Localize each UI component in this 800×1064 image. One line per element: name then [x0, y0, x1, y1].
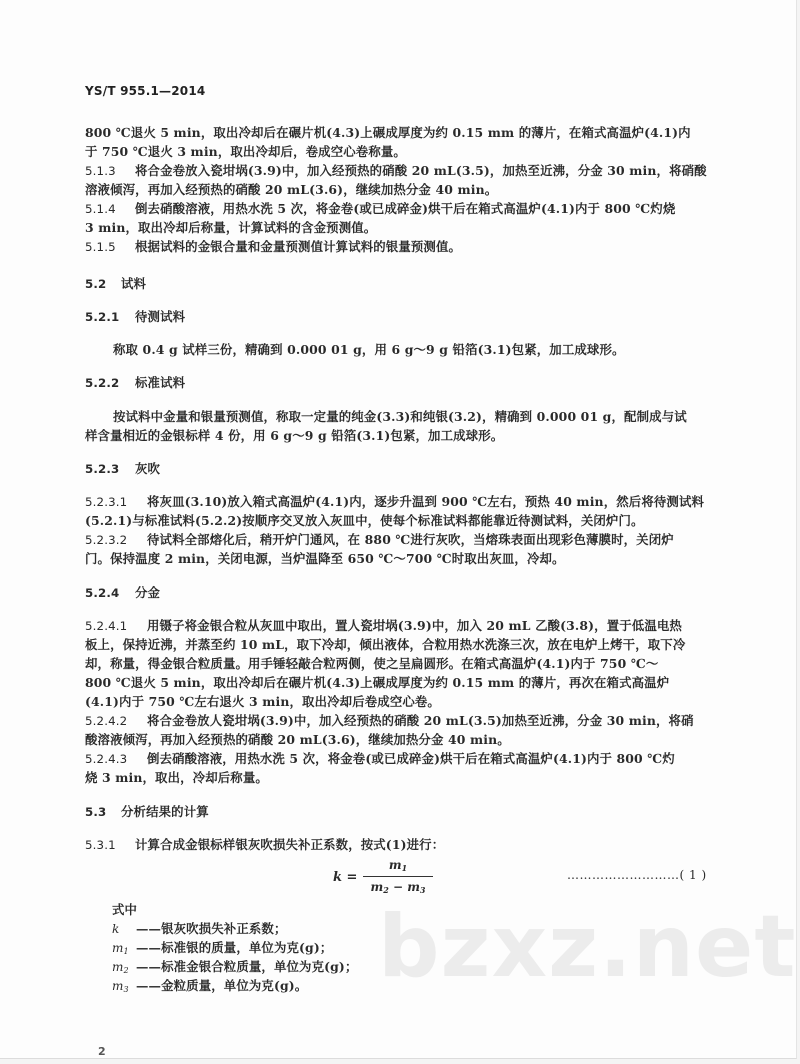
clause-5-2-3-2: 5.2.3.2待试料全部熔化后，稍开炉门通风，在 880 ℃进行灰吹，当熔珠表面… [85, 533, 674, 547]
clause-number: 5.2.4.3 [85, 752, 147, 766]
definition-text: ——标准银的质量，单位为克(g)； [136, 940, 332, 955]
formula-denominator: m2 − m3 [363, 880, 433, 895]
fraction-bar [363, 876, 433, 877]
section-heading-5-2-3: 5.2.3灰吹 [85, 462, 160, 476]
watermark: bzxz.net [378, 904, 796, 990]
clause-text: 将合金卷放人瓷坩埚(3.9)中，加入经预热的硝酸 20 mL(3.5)加热至近沸… [147, 713, 694, 728]
var: m [407, 880, 420, 894]
equation-number: ………………………( 1 ) [567, 868, 707, 882]
var: m [371, 880, 384, 894]
clause-number: 5.2.3.2 [85, 533, 147, 547]
clause-text: 待试料全部熔化后，稍开炉门通风，在 880 ℃进行灰吹，当熔珠表面出现彩色薄膜时… [147, 532, 674, 547]
section-heading-5-2: 5.2试料 [85, 277, 146, 291]
definition-text: ——标准金银合粒质量，单位为克(g)； [136, 959, 358, 974]
clause-number: 5.1.4 [85, 202, 135, 216]
var: m [112, 979, 124, 993]
section-title: 标准试料 [135, 375, 185, 390]
subscript: 1 [402, 863, 408, 873]
page-number: 2 [98, 1045, 106, 1058]
clause-5-2-4-2: 5.2.4.2将合金卷放人瓷坩埚(3.9)中，加入经预热的硝酸 20 mL(3.… [85, 714, 694, 728]
clause-number: 5.1.5 [85, 240, 135, 254]
paragraph-line: 800 ℃退火 5 min，取出冷却后在碾片机(4.3)上碾成厚度为约 0.15… [85, 676, 669, 690]
var: m [112, 941, 124, 955]
definition-item: m1——标准银的质量，单位为克(g)； [112, 941, 332, 959]
clause-5-2-3-1: 5.2.3.1将灰皿(3.10)放入箱式高温炉(4.1)内，逐步升温到 900 … [85, 495, 704, 509]
paragraph-line: 门。保持温度 2 min，关闭电源，当炉温降至 650 ℃～700 ℃时取出灰皿… [85, 552, 565, 566]
section-title: 待测试料 [135, 309, 185, 324]
clause-number: 5.2.3.1 [85, 495, 147, 509]
paragraph-line: 却，称量，得金银合粒质量。用手锤轻敲合粒两侧，使之呈扁圆形。在箱式高温炉(4.1… [85, 657, 658, 671]
subscript: 3 [124, 985, 129, 994]
section-number: 5.3 [85, 805, 121, 819]
clause-number: 5.3.1 [85, 838, 135, 852]
section-heading-5-2-1: 5.2.1待测试料 [85, 310, 185, 324]
clause-number: 5.2.4.2 [85, 714, 147, 728]
clause-5-1-5: 5.1.5根据试料的金银合量和金量预测值计算试料的银量预测值。 [85, 240, 461, 254]
section-number: 5.2.3 [85, 462, 135, 476]
subscript: 2 [124, 966, 129, 975]
subscript: 1 [124, 947, 129, 956]
section-heading-5-2-2: 5.2.2标准试料 [85, 376, 185, 390]
definition-item: m2——标准金银合粒质量，单位为克(g)； [112, 960, 358, 978]
definition-text: ——金粒质量，单位为克(g)。 [136, 978, 307, 993]
paragraph-line: 于 750 ℃退火 3 min，取出冷却后，卷成空心卷称量。 [85, 145, 406, 159]
formula-lhs: k = [333, 870, 357, 885]
standard-code-header: YS/T 955.1—2014 [85, 84, 205, 98]
document-page: bzxz.net YS/T 955.1—2014 800 ℃退火 5 min，取… [0, 0, 797, 1059]
definition-symbol: m1 [112, 941, 136, 959]
paragraph-line: (4.1)内于 750 ℃左右退火 3 min，取出冷却后卷成空心卷。 [85, 695, 440, 709]
section-number: 5.2.1 [85, 310, 135, 324]
definition-symbol: k [112, 922, 136, 940]
operator: − [389, 880, 407, 894]
section-number: 5.2 [85, 277, 121, 291]
where-label: 式中 [112, 903, 137, 917]
definition-item: m3——金粒质量，单位为克(g)。 [112, 979, 307, 997]
section-title: 分金 [135, 585, 160, 600]
definition-text: ——银灰吹损失补正系数； [136, 921, 287, 936]
clause-text: 根据试料的金银合量和金量预测值计算试料的银量预测值。 [135, 239, 461, 254]
clause-5-2-4-3: 5.2.4.3倒去硝酸溶液，用热水洗 5 次，将金卷(或已成碎金)烘干后在箱式高… [85, 752, 675, 766]
var: k [112, 922, 119, 936]
paragraph-line: 称取 0.4 g 试样三份，精确到 0.000 01 g，用 6 g～9 g 铅… [113, 343, 625, 357]
paragraph-line: 800 ℃退火 5 min，取出冷却后在碾片机(4.3)上碾成厚度为约 0.15… [85, 126, 691, 140]
section-title: 灰吹 [135, 461, 160, 476]
clause-text: 倒去硝酸溶液，用热水洗 5 次，将金卷(或已成碎金)烘干后在箱式高温炉(4.1)… [135, 201, 675, 216]
section-heading-5-2-4: 5.2.4分金 [85, 586, 160, 600]
clause-number: 5.2.4.1 [85, 619, 147, 633]
section-title: 分析结果的计算 [121, 804, 209, 819]
definition-symbol: m2 [112, 960, 136, 978]
clause-text: 倒去硝酸溶液，用热水洗 5 次，将金卷(或已成碎金)烘干后在箱式高温炉(4.1)… [147, 751, 675, 766]
clause-5-3-1: 5.3.1计算合成金银标样银灰吹损失补正系数，按式(1)进行： [85, 838, 444, 852]
definition-symbol: m3 [112, 979, 136, 997]
paragraph-line: 3 min，取出冷却后称量，计算试料的含金预测值。 [85, 221, 376, 235]
clause-5-2-4-1: 5.2.4.1用镊子将金银合粒从灰皿中取出，置人瓷坩埚(3.9)中，加入 20 … [85, 619, 682, 633]
section-number: 5.2.2 [85, 376, 135, 390]
clause-text: 将合金卷放入瓷坩埚(3.9)中，加入经预热的硝酸 20 mL(3.5)，加热至近… [135, 163, 707, 178]
clause-text: 用镊子将金银合粒从灰皿中取出，置人瓷坩埚(3.9)中，加入 20 mL 乙酸(3… [147, 618, 682, 633]
clause-5-1-3: 5.1.3将合金卷放入瓷坩埚(3.9)中，加入经预热的硝酸 20 mL(3.5)… [85, 164, 707, 178]
formula-fraction: m1 m2 − m3 [363, 858, 433, 895]
section-title: 试料 [121, 276, 146, 291]
subscript: 3 [420, 885, 426, 895]
var: m [112, 960, 124, 974]
paragraph-line: 烧 3 min，取出，冷却后称量。 [85, 771, 268, 785]
section-number: 5.2.4 [85, 586, 135, 600]
var: m [389, 858, 402, 872]
paragraph-line: 板上，保持近沸，并蒸至约 10 mL，取下冷却，倾出液体，合粒用热水洗涤三次，放… [85, 638, 685, 652]
clause-text: 将灰皿(3.10)放入箱式高温炉(4.1)内，逐步升温到 900 ℃左右，预热 … [147, 494, 704, 509]
clause-number: 5.1.3 [85, 164, 135, 178]
paragraph-line: 按试料中金量和银量预测值，称取一定量的纯金(3.3)和纯银(3.2)，精确到 0… [113, 410, 687, 424]
formula-numerator: m1 [363, 858, 433, 874]
formula-1: k = m1 m2 − m3 [333, 858, 453, 898]
paragraph-line: 样含量相近的金银标样 4 份，用 6 g～9 g 铅箔(3.1)包紧，加工成球形… [85, 429, 503, 443]
section-heading-5-3: 5.3分析结果的计算 [85, 805, 209, 819]
clause-text: 计算合成金银标样银灰吹损失补正系数，按式(1)进行： [135, 837, 444, 852]
definition-item: k——银灰吹损失补正系数； [112, 922, 287, 940]
paragraph-line: 酸溶液倾泻，再加入经预热的硝酸 20 mL(3.6)，继续加热分金 40 min… [85, 733, 510, 747]
paragraph-line: 溶液倾泻，再加入经预热的硝酸 20 mL(3.6)，继续加热分金 40 min。 [85, 183, 497, 197]
paragraph-line: (5.2.1)与标准试料(5.2.2)按顺序交叉放入灰皿中，使每个标准试料都能靠… [85, 514, 644, 528]
clause-5-1-4: 5.1.4倒去硝酸溶液，用热水洗 5 次，将金卷(或已成碎金)烘干后在箱式高温炉… [85, 202, 675, 216]
